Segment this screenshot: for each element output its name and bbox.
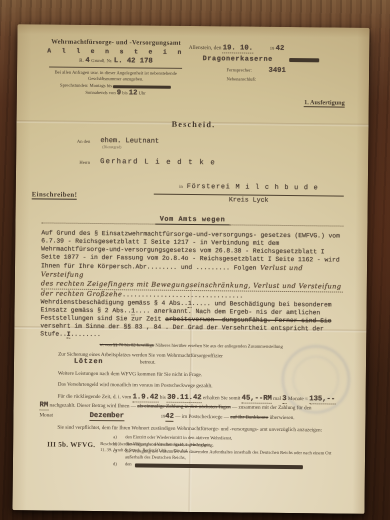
care-post: betreut. — [140, 360, 156, 366]
backpay-pre: Für die rückliegende Zeit, d. i. vom — [58, 393, 133, 400]
via-text: — im Postscheckwege — — [174, 413, 230, 420]
backpay-post: nachgezahlt. Dieser Betrag wird Ihnen — — [48, 403, 137, 410]
hours-line2-pre: Sonnabends von — [85, 90, 115, 95]
file-reference: R. 4 Grundl. Nr. L. 42 178 — [43, 56, 189, 66]
form-printer-line: 11. 39. Arndt & Struck, Berlin SO 36. — … — [100, 447, 188, 453]
backpay-from-date: 1.9.42 — [133, 393, 159, 402]
letterhead-note: Bei allen Anfragen usw. in dieser Angele… — [43, 69, 189, 82]
place-date-line: Allenstein, den 19. 10. 19 42 — [189, 44, 346, 54]
in-label: in — [179, 184, 183, 189]
letterhead-rule — [49, 67, 182, 69]
backpay-paragraph: Für die rückliegende Zeit, d. i. vom 1.9… — [39, 392, 341, 423]
addressee-name-row: Herrn Gerhard L i e d t k e — [42, 157, 344, 168]
address-bottom-row: Einschreiben! in Försterei M i l c h b u… — [42, 173, 344, 204]
p2-pre: Wehrdienstbeschädigung gemäss § 4 Abs.. — [41, 298, 188, 307]
item-key: d) — [113, 461, 125, 467]
no-further-benefits: Weitere Leistungen nach dem WFVG kommen … — [40, 371, 342, 381]
hours-pre: Sprechstunden: Montags bis — [60, 83, 112, 89]
date-typed: 19. 10. — [223, 44, 253, 53]
subject-row: Vom Amts wegen — [41, 214, 343, 226]
remit-text: überwiesen. — [268, 414, 294, 420]
office-city: A l l e n s t e i n — [43, 47, 189, 56]
mal-label: mal — [272, 396, 282, 402]
strikethrough-redaction — [290, 58, 320, 62]
extension-line: Nebenanschluß: — [188, 76, 345, 84]
duty-item-d: d) den — [113, 461, 341, 469]
herr-label: Herrn — [42, 160, 100, 166]
hours-uhr: Uhr — [139, 91, 146, 96]
dotted-leader — [229, 217, 343, 226]
barracks: Dragonerkaserne — [203, 55, 273, 64]
place: Allenstein — [189, 45, 211, 51]
date-block: Allenstein, den 19. 10. 19 42 Dragonerka… — [188, 40, 345, 108]
care-office-place: Lötzen — [74, 358, 103, 366]
payment-month: Dezember — [90, 411, 125, 420]
strikethrough-redaction — [113, 85, 171, 89]
subject-line: Vom Amts wegen — [156, 216, 230, 226]
dotted-filler: ........ — [71, 331, 101, 338]
payment-method: Das Versehrtengeld wird monatlich im vor… — [40, 381, 342, 391]
together-text: — zusammen mit der Zahlung für den — [231, 405, 312, 412]
care-paragraph: Zur Sicherung eines Arbeitsplatzes werde… — [40, 351, 342, 370]
ref-mid: Grundl. Nr. — [91, 58, 112, 63]
office-hours-line2: Sonnabends von 9 bis 12 Uhr — [43, 89, 189, 100]
den-label: , den — [211, 45, 222, 51]
monthly-amount: 45,--RM — [242, 394, 272, 403]
letterhead: Wehrmachtfürsorge- und -Versorgungsamt A… — [43, 38, 346, 107]
annex-rest: Näheres hierüber ersehen Sie aus der anl… — [154, 343, 283, 349]
item-key: a) — [113, 434, 125, 440]
item-text: den Eintritt oder Wiedereintritt in den … — [125, 434, 232, 441]
phone-line: Fernsprecher: 3491 — [189, 66, 346, 76]
to-label: An den — [42, 139, 100, 145]
registered-mail-note: Einschreiben! — [32, 183, 78, 201]
address-place: Försterei M i l c h b u d e — [187, 183, 319, 192]
address-district: Kreis Lyck — [154, 196, 344, 205]
document-title: Bescheid. — [42, 118, 344, 130]
office-name: Wehrmachtfürsorge- und -Versorgungsamt — [43, 38, 189, 47]
document-paper: Wehrmachtfürsorge- und -Versorgungsamt A… — [12, 24, 369, 514]
handwritten-diagnosis-3: der rechten Großzehe — [41, 289, 123, 298]
dotted-leader — [41, 215, 155, 224]
photo-of-document: { "colors": { "paper": "#ddd0ae", "wood_… — [0, 0, 390, 520]
letterhead-office-block: Wehrmachtfürsorge- und -Versorgungsamt A… — [43, 38, 189, 106]
hours-bis: bis — [122, 90, 127, 95]
struck-account-phrase: auf Ihr Bankkonto — [230, 414, 268, 420]
extension-label: Nebenanschluß: — [226, 76, 256, 81]
hours-from: 9 — [117, 89, 121, 97]
monat-label: Monat — [39, 412, 53, 418]
phone-number: 3491 — [268, 67, 285, 75]
item-text: den — [125, 461, 132, 467]
hours-to: 12 — [129, 90, 138, 98]
legal-body: Auf Grund des § Einsatzwehrmachtfürsorge… — [40, 229, 343, 341]
ref-num: 4 — [85, 57, 89, 65]
year-preprinted: 19 — [270, 46, 275, 51]
ref-pre: R. — [79, 58, 84, 64]
addressee-name: Gerhard L i e d t k e — [100, 158, 216, 167]
annex-note: w. von §§ 70 bis 82 bewilligt. Näheres h… — [40, 341, 342, 350]
year-typed: 42 — [276, 45, 285, 53]
strikethrough-redaction — [135, 463, 303, 468]
phone-label: Fernsprecher: — [227, 67, 252, 72]
copy-number-note: 1. Ausfertigung — [304, 99, 345, 107]
form-reference: III 5b. WFVG. — [47, 441, 95, 450]
annex-struck: w. von §§ 70 bis 82 bewilligt. — [100, 342, 155, 348]
barracks-line: Dragonerkaserne — [189, 55, 346, 65]
dotted-filler: ................................ — [122, 291, 243, 299]
backpay-to-date: 30.11.42 — [167, 394, 202, 403]
backpay-mid: erhalten Sie somit — [202, 395, 242, 401]
legal-paragraph-2: Wehrdienstbeschädigung gemäss § 4 Abs..1… — [40, 298, 342, 341]
monate-label: Monate = — [287, 396, 310, 402]
registered-label: Einschreiben! — [32, 191, 78, 199]
backpay-struck-phrase: als einmalige Zahlung in den nächsten Ta… — [137, 404, 231, 411]
form-meta: Bescheid über Bewilligung von Versehrten… — [100, 441, 214, 454]
ref-file: L. 42 178 — [114, 57, 153, 65]
form-imprint: III 5b. WFVG. Bescheid über Bewilligung … — [47, 441, 214, 454]
address-place-line: in Försterei M i l c h b u d e — [154, 175, 344, 197]
address-place-block: in Försterei M i l c h b u d e Kreis Lyc… — [154, 175, 344, 205]
